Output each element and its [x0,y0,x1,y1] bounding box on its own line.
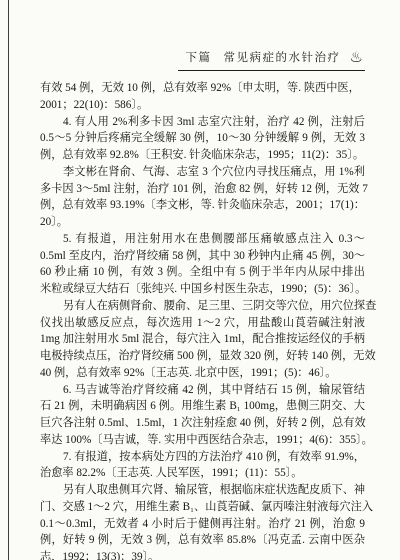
text-line: 有效 54 例，无效 10 例，总有效率 92%〔申太明，等. 陕西中医， [40,80,365,97]
text-line: 另有人取患侧耳穴肾、输尿管，根据临床症状选配皮质下、神 [40,482,365,499]
text-line: 石 21 例，未明确病因 6 例。用维生素 B₁ 100mg，患侧三阴交、大 [40,398,365,415]
text-line: 例，总有效率 92.8%〔王积安. 针灸临床杂志，1995；11(2)：35〕。 [40,147,365,164]
header-title: 常见病症的水针治疗 [224,52,341,64]
text-line: 0.5ml 至皮内，治疗肾绞痛 58 例，其中 30 秒钟内止痛 45 例，30… [40,248,365,265]
text-line: 7. 有报道，按本病处方四的方法治疗 410 例，有效率 91.9%， [40,449,365,466]
text-line: 5. 有报道，用注射用水在患侧腰部压痛敏感点注入 0.3～ [40,231,365,248]
book-page: 下篇常见病症的水针治疗♨ 有效 54 例，无效 10 例，总有效率 92%〔申太… [0,0,400,560]
hot-spring-icon: ♨ [350,50,363,66]
text-line: 仪找出敏感反应点，每次选用 1～2 穴，用盐酸山莨菪碱注射液 [40,315,365,332]
text-line: 李文彬在肾俞、气海、志室 3 个穴位内寻找压痛点，用 1%利 [40,164,365,181]
header-section-label: 下篇 [186,52,212,64]
text-line: 米粒或绿豆大结石〔张纯兴. 中国乡村医生杂志，1990；(5)：36〕。 [40,281,365,298]
text-line: 率达 100%〔马吉诚，等. 实用中西医结合杂志，1991；4(6)：355〕。 [40,432,365,449]
text-line: 例，好转 9 例，无效 3 例，总有效率 85.8%〔冯克孟. 云南中医杂 [40,532,365,549]
text-line: 另有人在病侧肾俞、腰俞、足三里、三阴交等穴位，用穴位探查 [40,298,365,315]
text-line: 60 秒止痛 10 例，有效 3 例。全组中有 5 例于半年内从尿中排出 [40,264,365,281]
running-header: 下篇常见病症的水针治疗♨ [178,47,365,71]
page-body: 有效 54 例，无效 10 例，总有效率 92%〔申太明，等. 陕西中医， 20… [40,80,365,560]
text-line: 多卡因 3～5ml 注射，治疗 101 例，治愈 82 例，好转 12 例，无效… [40,181,365,198]
text-line: 志，1992；13(3)：39〕。 [40,549,365,560]
text-line: 6. 马吉诚等治疗肾绞痛 42 例，其中肾结石 15 例，输尿管结 [40,382,365,399]
text-line: 0.1～0.3ml，无效者 4 小时后于健侧再注射。治疗 21 例，治愈 9 [40,516,365,533]
text-line: 门、交感 1～2 穴，用维生素 B₁、山莨菪碱、氯丙嗪注射液每穴注入 [40,499,365,516]
text-line: 电极持续点压，治疗肾绞痛 500 例，显效 320 例，好转 140 例，无效 [40,348,365,365]
text-line: 治愈率 82.2%〔王志英. 人民军医，1991；(11)：55〕。 [40,465,365,482]
text-line: 4. 有人用 2%利多卡因 3ml 志室穴注射，治疗 42 例，注射后 [40,114,365,131]
text-line: 巨穴各注射 0.5ml、1.5ml，1 次注射痊愈 40 例，好转 2 例，总有… [40,415,365,432]
text-line: 0.5～5 分钟后疼痛完全缓解 30 例，10～30 分钟缓解 9 例，无效 3 [40,130,365,147]
text-line: 例，总有效率 93.19%〔李文彬，等. 针灸临床杂志，2001；17(1)： [40,197,365,214]
text-line: 2001；22(10)：586〕。 [40,97,365,114]
scan-edge-line [8,0,9,560]
text-line: 20〕。 [40,214,365,231]
text-line: 1mg 加注射用水 5ml 混合，每穴注入 1ml，配合推按运经仪的手柄 [40,331,365,348]
text-line: 40 例，总有效率 92%〔王志英. 北京中医，1991；(5)：46〕。 [40,365,365,382]
